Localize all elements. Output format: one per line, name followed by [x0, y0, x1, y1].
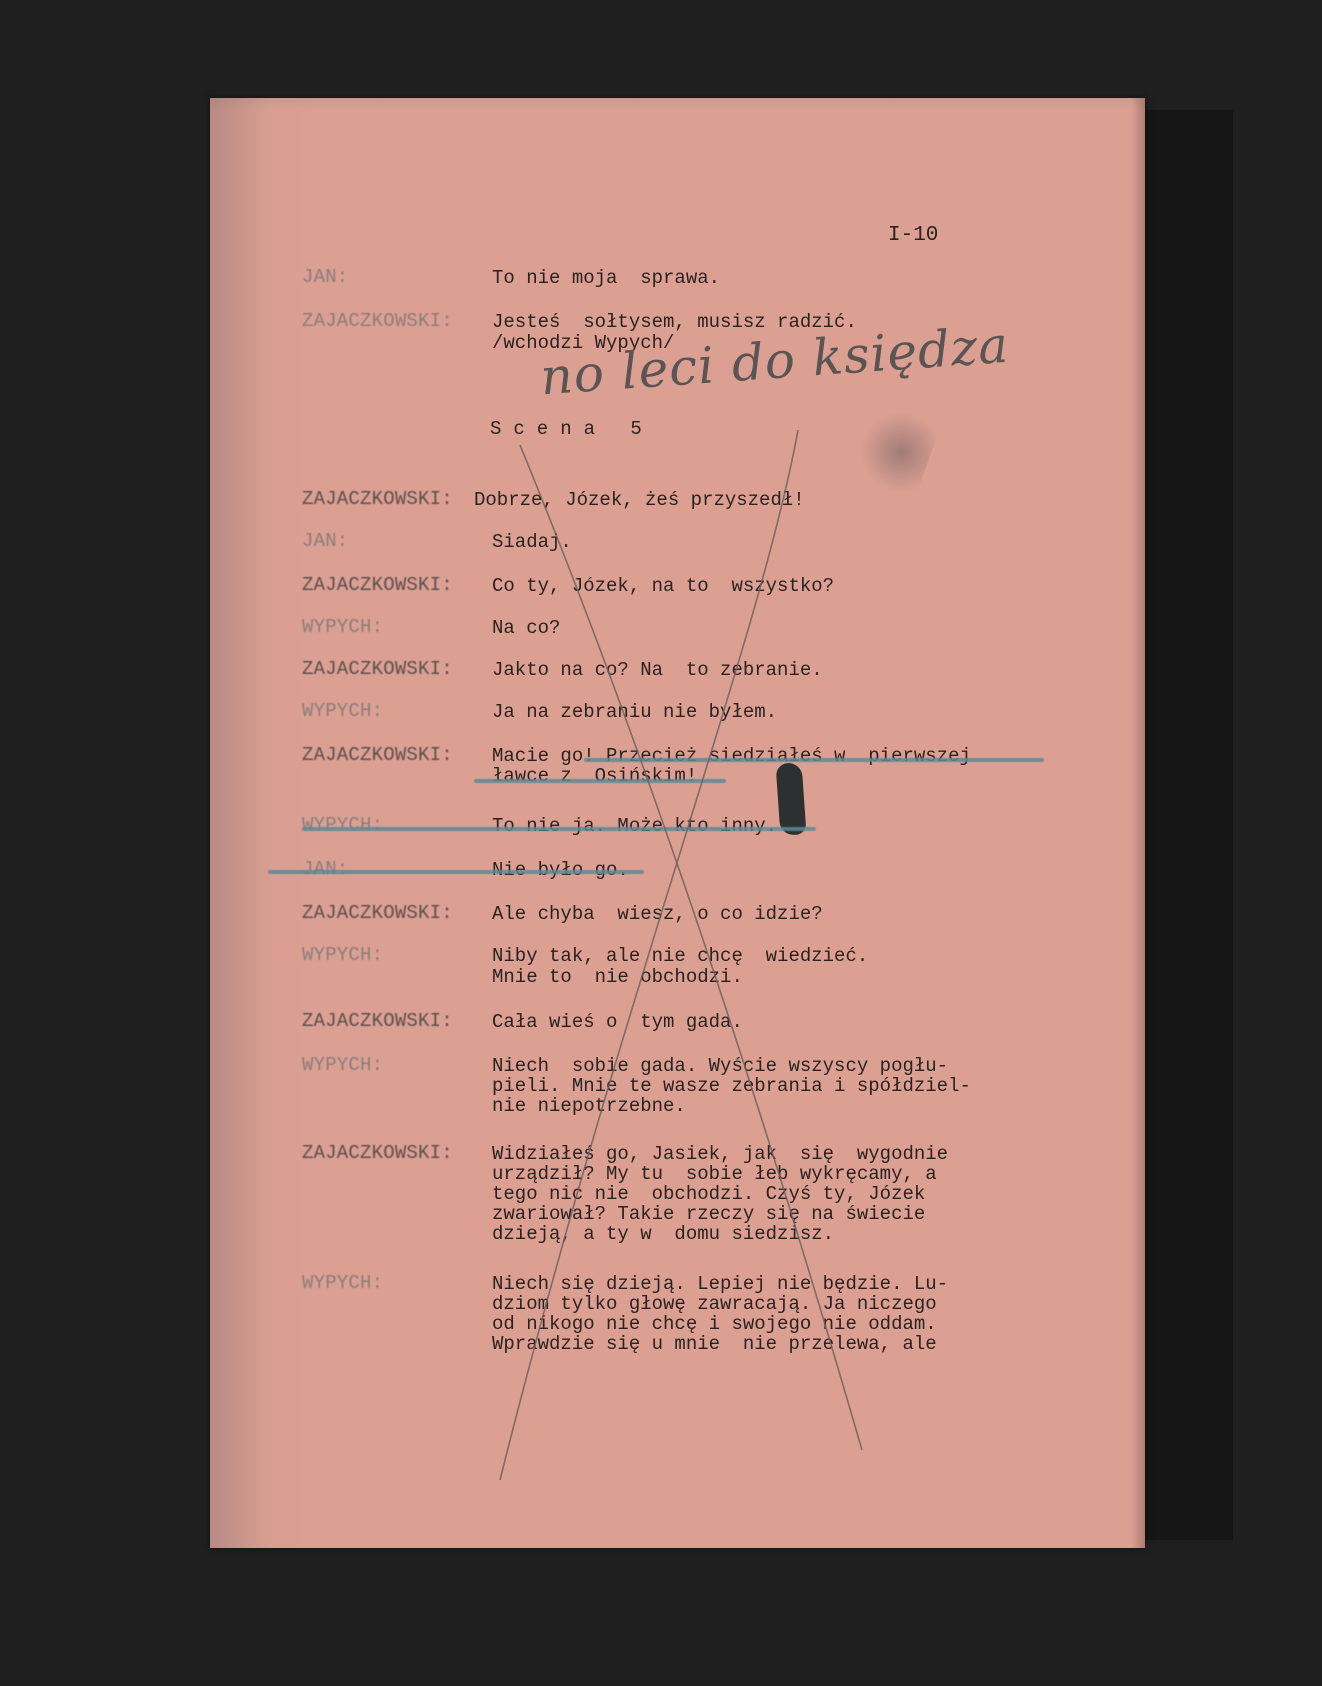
- scanner-backdrop-strip: [1145, 110, 1233, 1540]
- speaker-label: WYPYCH:: [302, 944, 383, 966]
- strikethrough: [268, 870, 644, 874]
- speaker-label: ZAJACZKOWSKI:: [302, 310, 453, 332]
- dialogue-line: Niby tak, ale nie chcę wiedzieć.: [492, 946, 868, 966]
- speaker-label: JAN:: [302, 266, 348, 288]
- dialogue-line: ławce z Osińskim!: [492, 766, 697, 786]
- dialogue-line: od nikogo nie chcę i swojego nie oddam.: [492, 1314, 937, 1334]
- dialogue-line: Siadaj.: [492, 532, 572, 552]
- dialogue-line: Jakto na co? Na to zebranie.: [492, 660, 823, 680]
- dialogue-line: pieli. Mnie te wasze zebrania i spółdzie…: [492, 1076, 971, 1096]
- dialogue-line: To nie ja. Może kto inny.: [492, 816, 777, 836]
- dialogue-line: Niech sobie gada. Wyście wszyscy pogłu-: [492, 1056, 948, 1076]
- dialogue-line: Wprawdzie się u mnie nie przelewa, ale: [492, 1334, 937, 1354]
- strikethrough: [584, 758, 1044, 762]
- dialogue-line: Na co?: [492, 618, 560, 638]
- dialogue-line: Macie go! Przecież siedziałeś w pierwsze…: [492, 746, 971, 766]
- dialogue-line: nie niepotrzebne.: [492, 1096, 686, 1116]
- page-number: I-10: [888, 224, 938, 247]
- speaker-label: WYPYCH:: [302, 1054, 383, 1076]
- speaker-label: WYPYCH:: [302, 616, 383, 638]
- dialogue-line: Ja na zebraniu nie byłem.: [492, 702, 777, 722]
- speaker-label: WYPYCH:: [302, 1272, 383, 1294]
- speaker-label: ZAJACZKOWSKI:: [302, 1010, 453, 1032]
- ink-blot: [776, 762, 807, 836]
- scene-heading: Scena 5: [490, 418, 654, 440]
- speaker-label: WYPYCH:: [302, 700, 383, 722]
- dialogue-line: Dobrze, Józek, żeś przyszedł!: [474, 490, 805, 510]
- speaker-label: ZAJACZKOWSKI:: [302, 658, 453, 680]
- dialogue-line: Ale chyba wiesz, o co idzie?: [492, 904, 823, 924]
- speaker-label: ZAJACZKOWSKI:: [302, 744, 453, 766]
- dialogue-line: dzieją, a ty w domu siedzisz.: [492, 1224, 834, 1244]
- strikethrough: [474, 779, 726, 783]
- speaker-label: JAN:: [302, 530, 348, 552]
- dialogue-line: Widziałeś go, Jasiek, jak się wygodnie: [492, 1144, 948, 1164]
- strikethrough: [302, 827, 816, 831]
- speaker-label: ZAJACZKOWSKI:: [302, 902, 453, 924]
- dialogue-line: To nie moja sprawa.: [492, 268, 720, 288]
- dialogue-line: Cała wieś o tym gada.: [492, 1012, 743, 1032]
- dialogue-line: Niech się dzieją. Lepiej nie będzie. Lu-: [492, 1274, 948, 1294]
- dialogue-line: urządził? My tu sobie łeb wykręcamy, a: [492, 1164, 937, 1184]
- speaker-label: ZAJACZKOWSKI:: [302, 1142, 453, 1164]
- speaker-label: ZAJACZKOWSKI:: [302, 488, 453, 510]
- dialogue-line: dziom tylko głowę zawracają. Ja niczego: [492, 1294, 937, 1314]
- dialogue-line: zwariował? Takie rzeczy się na świecie: [492, 1204, 925, 1224]
- dialogue-line: Co ty, Józek, na to wszystko?: [492, 576, 834, 596]
- dialogue-line: tego nic nie obchodzi. Czyś ty, Józek: [492, 1184, 925, 1204]
- speaker-label: ZAJACZKOWSKI:: [302, 574, 453, 596]
- speaker-label: WYPYCH:: [302, 814, 383, 836]
- speaker-label: JAN:: [302, 858, 348, 880]
- dialogue-line: Mnie to nie obchodzi.: [492, 967, 743, 987]
